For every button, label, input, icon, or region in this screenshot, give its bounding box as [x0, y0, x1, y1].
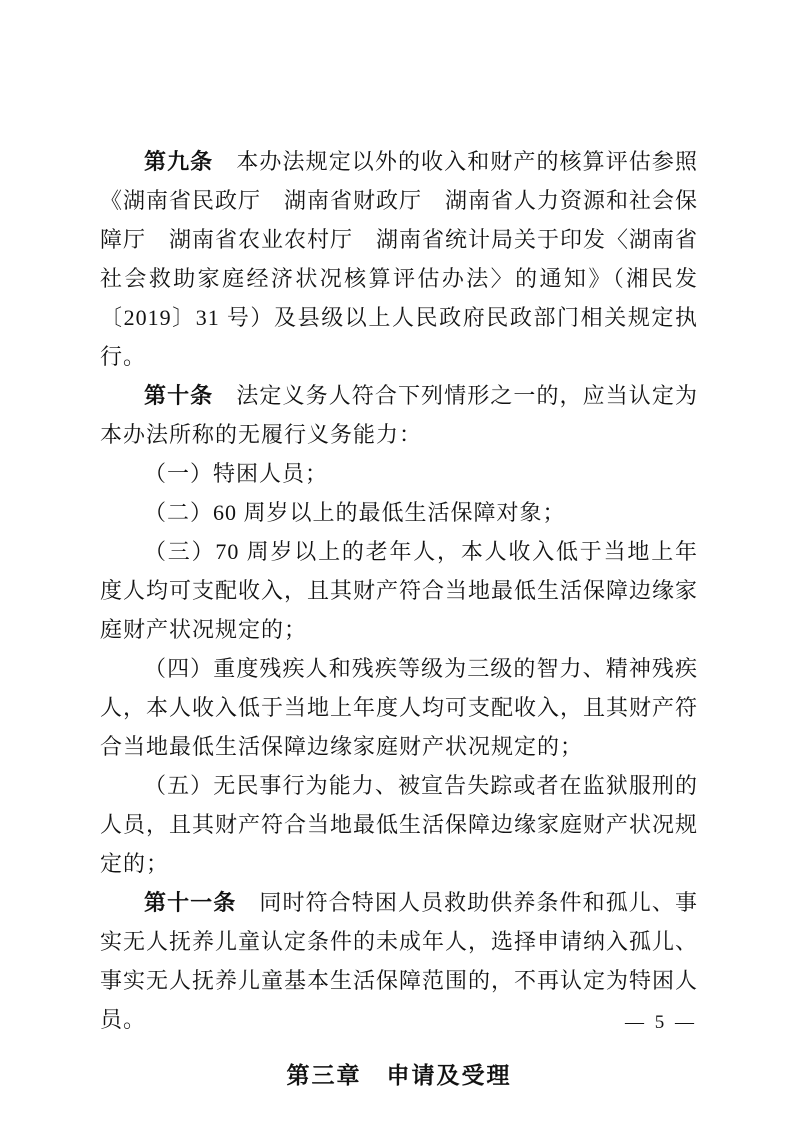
paragraph-item-1: （一）特困人员； — [100, 454, 698, 493]
article-9-label: 第九条 — [144, 149, 213, 174]
paragraph-article-9: 第九条 本办法规定以外的收入和财产的核算评估参照《湖南省民政厅 湖南省财政厅 湖… — [100, 142, 698, 376]
paragraph-item-5: （五）无民事行为能力、被宣告失踪或者在监狱服刑的人员，且其财产符合当地最低生活保… — [100, 766, 698, 883]
paragraph-article-10: 第十条 法定义务人符合下列情形之一的，应当认定为本办法所称的无履行义务能力： — [100, 376, 698, 454]
item-2-text: （二）60 周岁以上的最低生活保障对象； — [144, 500, 566, 525]
paragraph-article-11: 第十一条 同时符合特困人员救助供养条件和孤儿、事实无人抚养儿童认定条件的未成年人… — [100, 883, 698, 1039]
document-page: 第九条 本办法规定以外的收入和财产的核算评估参照《湖南省民政厅 湖南省财政厅 湖… — [0, 0, 793, 1122]
paragraph-item-2: （二）60 周岁以上的最低生活保障对象； — [100, 493, 698, 532]
paragraph-item-3: （三）70 周岁以上的老年人，本人收入低于当地上年度人均可支配收入，且其财产符合… — [100, 532, 698, 649]
article-10-label: 第十条 — [144, 383, 213, 408]
chapter-heading: 第三章 申请及受理 — [100, 1060, 698, 1090]
article-9-text: 本办法规定以外的收入和财产的核算评估参照《湖南省民政厅 湖南省财政厅 湖南省人力… — [100, 149, 698, 369]
item-4-text: （四）重度残疾人和残疾等级为三级的智力、精神残疾人，本人收入低于当地上年度人均可… — [100, 656, 698, 759]
document-body: 第九条 本办法规定以外的收入和财产的核算评估参照《湖南省民政厅 湖南省财政厅 湖… — [100, 142, 698, 1090]
paragraph-item-4: （四）重度残疾人和残疾等级为三级的智力、精神残疾人，本人收入低于当地上年度人均可… — [100, 649, 698, 766]
page-number: — 5 — — [625, 1012, 697, 1034]
item-3-text: （三）70 周岁以上的老年人，本人收入低于当地上年度人均可支配收入，且其财产符合… — [100, 539, 698, 642]
article-11-label: 第十一条 — [144, 890, 236, 915]
item-5-text: （五）无民事行为能力、被宣告失踪或者在监狱服刑的人员，且其财产符合当地最低生活保… — [100, 773, 698, 876]
item-1-text: （一）特困人员； — [144, 461, 328, 486]
